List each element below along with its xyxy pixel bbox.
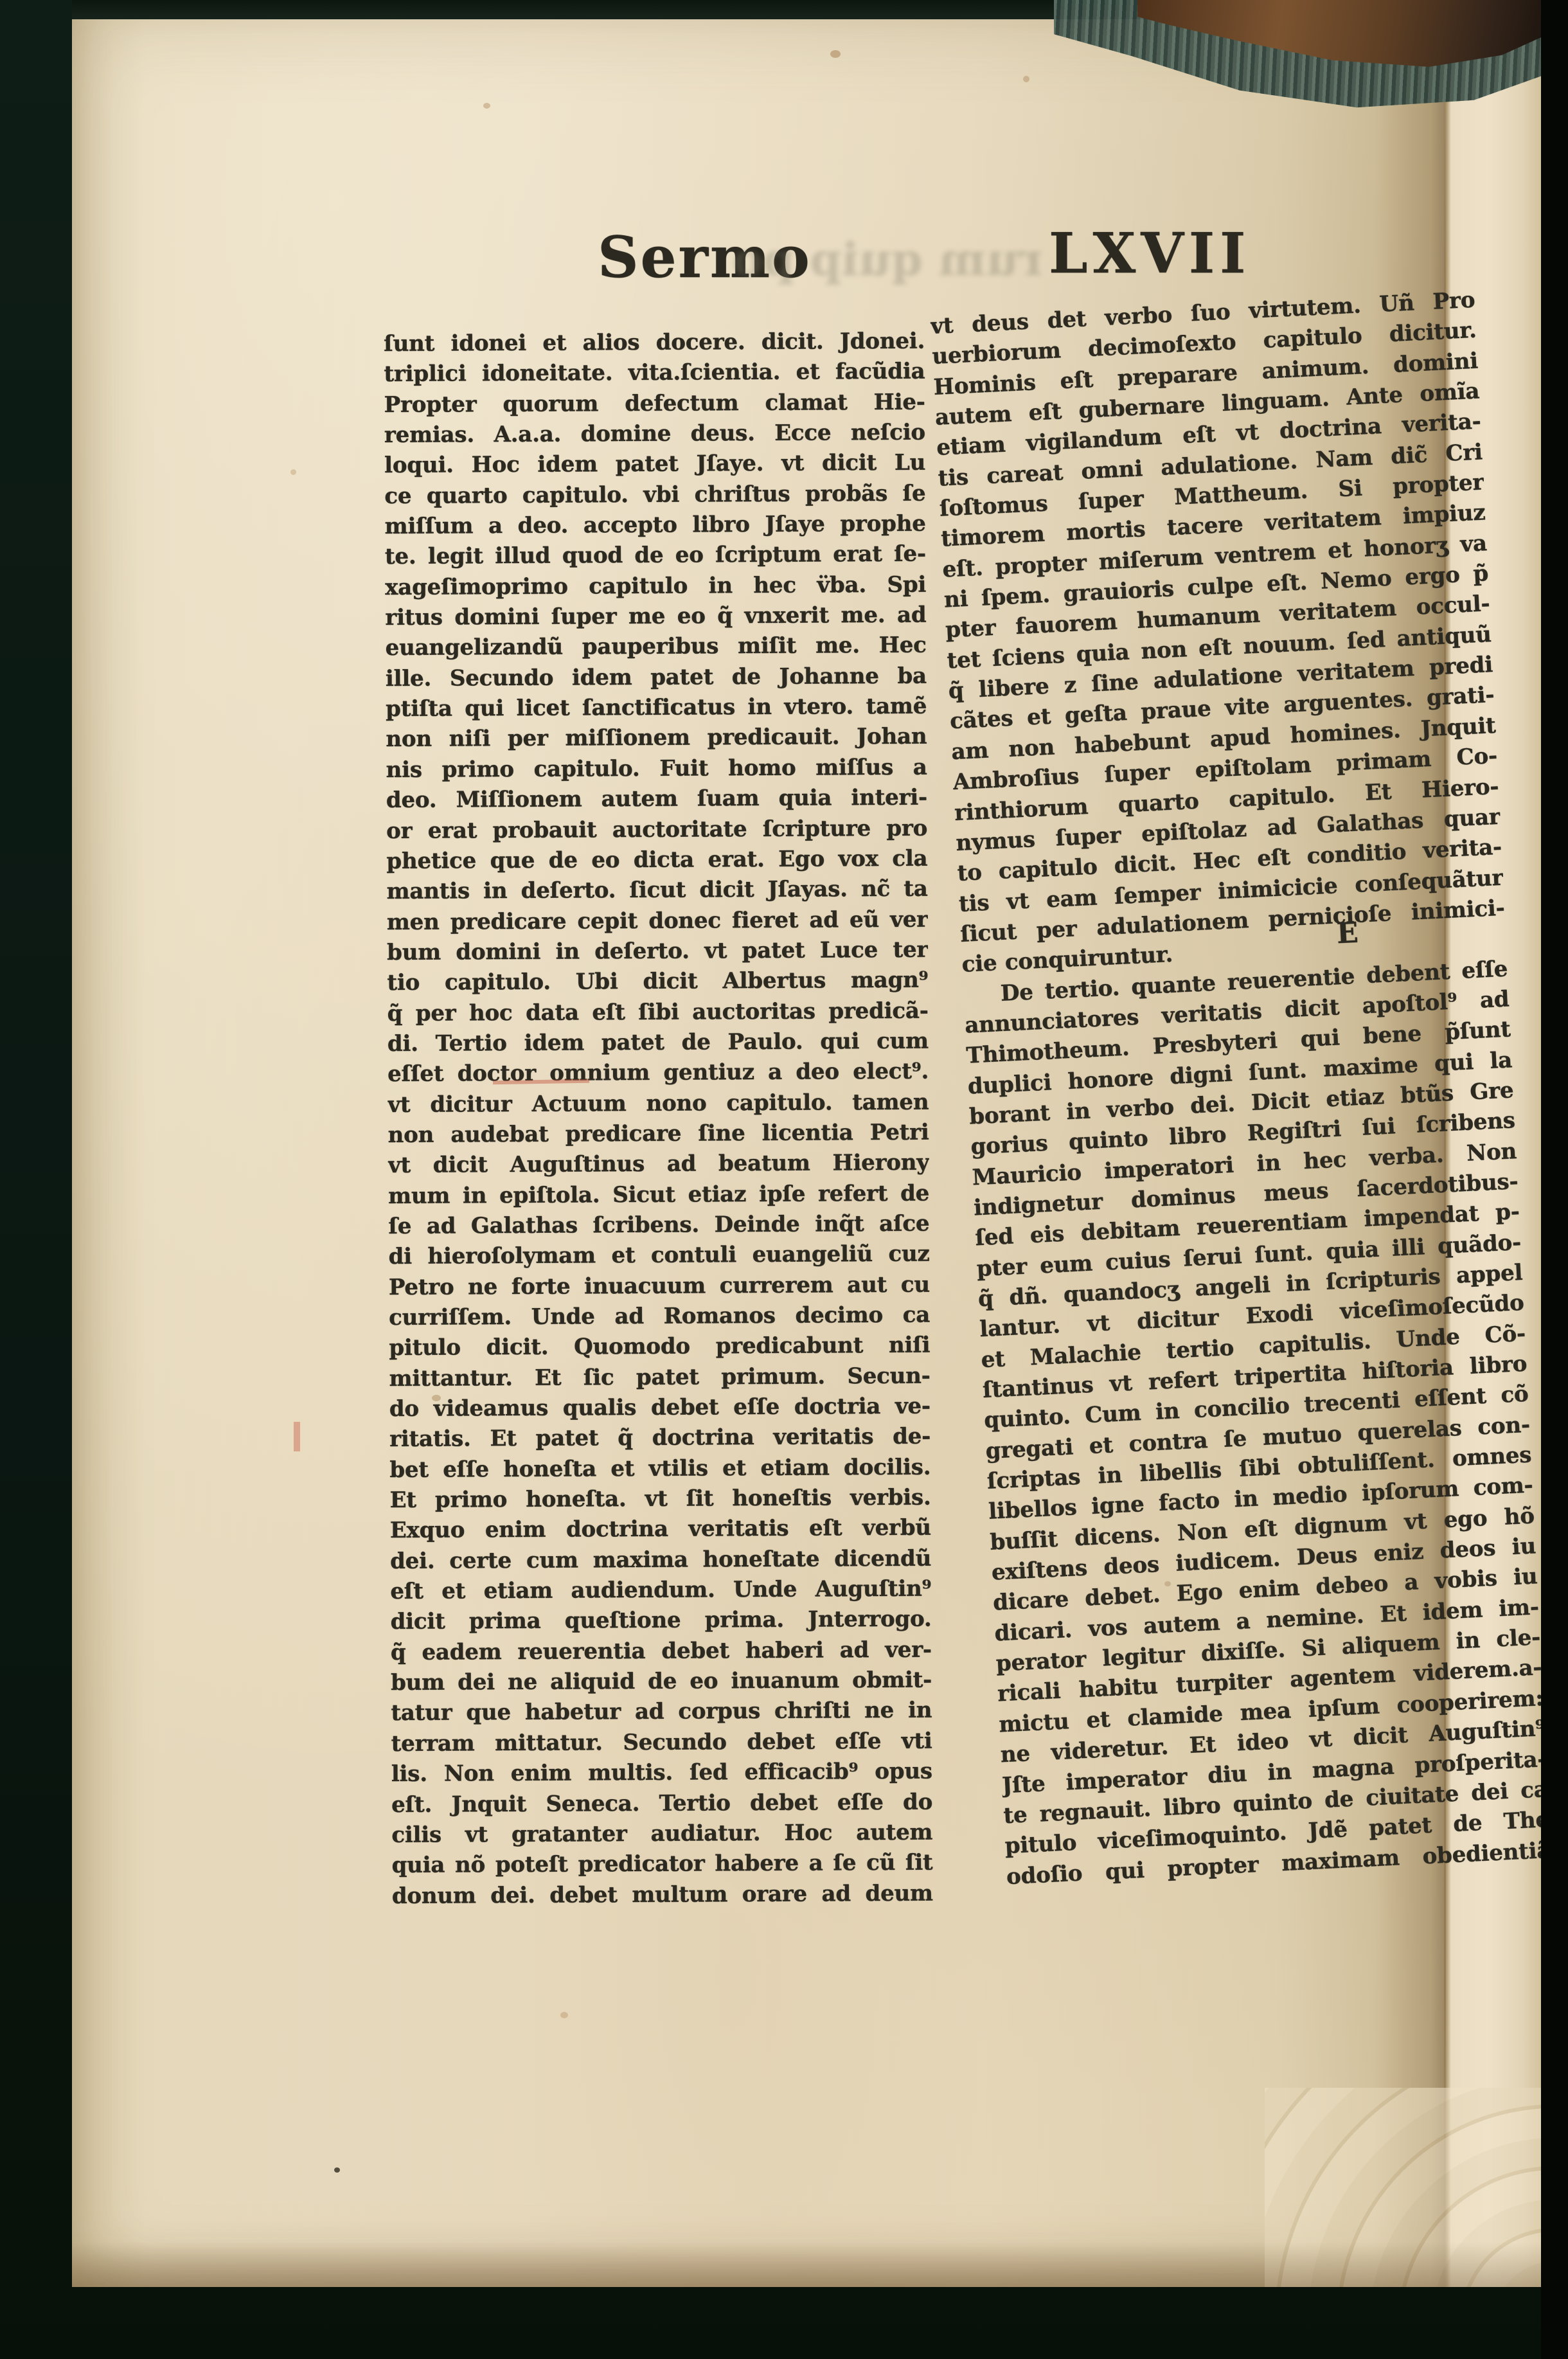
text-column-left: ſunt idonei et alios docere. dicit. Jdon… xyxy=(384,327,933,1912)
text-line: non niſi per miſſionem predicauit. Johan xyxy=(386,722,927,755)
text-line: tio capitulo. Ubi dicit Albertus magn⁹ xyxy=(387,965,928,999)
text-line: loqui. Hoc idem patet Jſaye. vt dicit Lu xyxy=(384,448,925,481)
scan-top-shadow xyxy=(72,0,1164,22)
paper-stain xyxy=(830,50,841,58)
text-column-right: E vt deus det verbo ſuo virtutem. Uñ Pro… xyxy=(930,285,1551,1892)
text-line: donum dei. debet multum orare ad deum xyxy=(392,1878,933,1912)
text-line: mittantur. Et ſic patet primum. Secun- xyxy=(389,1361,930,1394)
text-line: mantis in deſerto. ſicut dicit Jſayas. n… xyxy=(386,874,927,908)
text-line: Petro ne forte inuacuum currerem aut cu xyxy=(389,1269,930,1303)
text-line: te. legit illud quod de eo ſcriptum erat… xyxy=(385,539,926,573)
text-line: Exquo enim doctrina veritatis eſt verbũ xyxy=(390,1513,931,1547)
text-line: lis. Non enim multis. ſed efficacib⁹ opu… xyxy=(391,1757,932,1790)
paper-stain xyxy=(560,2012,568,2018)
text-line: men predicare cepit donec fieret ad eũ v… xyxy=(387,904,928,938)
text-line: vt dicit Auguſtinus ad beatum Hierony xyxy=(388,1148,929,1181)
text-line: di hieroſolymam et contuli euangeliũ cuz xyxy=(388,1239,929,1273)
text-line: ritatis. Et patet q̃ doctrina veritatis … xyxy=(389,1422,931,1455)
text-line: vt dicitur Actuum nono capitulo. tamen xyxy=(388,1087,929,1120)
text-line: quia nõ poteſt predicator habere a ſe cũ… xyxy=(391,1848,932,1881)
paper-stain xyxy=(432,1395,441,1401)
text-line: phetice que de eo dicta erat. Ego vox cl… xyxy=(386,843,927,877)
text-line: Propter quorum defectum clamat Hie- xyxy=(384,387,925,420)
text-line: eſt et etiam audiendum. Unde Auguſtin⁹ xyxy=(390,1574,931,1608)
text-line: ſe ad Galathas ſcribens. Deinde inq̃t aſ… xyxy=(388,1209,929,1242)
signature-letter: E xyxy=(1336,917,1359,951)
text-line: miſſum a deo. accepto libro Jſaye prophe xyxy=(384,509,925,543)
text-line: or erat probauit auctoritate ſcripture p… xyxy=(386,813,927,847)
text-line: do videamus qualis debet eſſe doctria ve… xyxy=(389,1392,931,1425)
text-line: remias. A.a.a. domine deus. Ecce neſcio xyxy=(384,418,925,451)
text-line: bet eſſe honeſta et vtilis et etiam doci… xyxy=(389,1452,931,1485)
ink-speck xyxy=(334,2167,340,2173)
text-line: eſſet doctor omnium gentiuz a deo elect⁹… xyxy=(388,1057,929,1090)
text-line: euangelizandũ pauperibus miſit me. Hec xyxy=(385,631,926,664)
text-line: ille. Secundo idem patet de Johanne ba xyxy=(386,661,927,694)
rubrication-mark xyxy=(294,1422,300,1451)
book-page: Sermo rum quip po LXVII ſunt idonei et a… xyxy=(72,19,1541,2287)
text-line: xageſimoprimo capitulo in hec v̈ba. Spi xyxy=(385,570,926,603)
scan-background: Sermo rum quip po LXVII ſunt idonei et a… xyxy=(0,0,1568,2359)
text-line: dicit prima queſtione prima. Jnterrogo. xyxy=(390,1604,931,1638)
text-line: bum domini in deſerto. vt patet Luce ter xyxy=(387,935,928,968)
text-line: q̃ per hoc data eſt ſibi auctoritas pred… xyxy=(387,996,928,1029)
text-line: q̃ eadem reuerentia debet haberi ad ver- xyxy=(391,1635,932,1668)
text-line: ſunt idonei et alios docere. dicit. Jdon… xyxy=(384,327,925,360)
text-line: ptiſta qui licet ſanctificatus in vtero.… xyxy=(386,692,927,725)
text-line: nis primo capitulo. Fuit homo miſſus a xyxy=(386,752,927,785)
text-line: Et primo honeſta. vt ſit honeſtis verbis… xyxy=(389,1483,931,1516)
paper-stain xyxy=(290,469,296,475)
text-line: bum dei ne aliquid de eo inuanum obmit- xyxy=(391,1665,932,1699)
text-line: eſt. Jnquit Seneca. Tertio debet eſſe do xyxy=(391,1787,932,1820)
text-line: di. Tertio idem patet de Paulo. qui cum xyxy=(388,1026,929,1059)
text-line: triplici idoneitate. vita.ſcientia. et f… xyxy=(384,357,925,390)
paper-stain xyxy=(483,103,490,109)
text-line: terram mittatur. Secundo debet eſſe vti xyxy=(391,1726,932,1759)
text-line: tatur que habetur ad corpus chriſti ne i… xyxy=(391,1696,932,1729)
text-line: non audebat predicare ſine licentia Petr… xyxy=(388,1118,929,1151)
page-bottom-shadow xyxy=(72,2242,1541,2287)
text-line: ce quarto capitulo. vbi chriſtus probãs … xyxy=(384,478,925,512)
text-line: deo. Miſſionem autem ſuam quia interi- xyxy=(386,783,927,816)
folio-number: LXVII xyxy=(1049,221,1251,286)
text-line: pitulo dicit. Quomodo predicabunt niſi xyxy=(389,1331,930,1364)
text-line: dei. certe cum maxima honeſtate dicendũ xyxy=(390,1543,931,1577)
scan-right-shadow xyxy=(1541,0,1568,2359)
text-line: curriſſem. Unde ad Romanos decimo ca xyxy=(389,1300,930,1334)
showthrough-text: rum quip po xyxy=(740,233,1042,286)
paper-stain xyxy=(1023,76,1029,82)
text-line: ritus domini ſuper me eo q̃ vnxerit me. … xyxy=(385,600,926,634)
text-line: cilis vt gratanter audiatur. Hoc autem xyxy=(391,1817,932,1851)
paper-stain xyxy=(1164,1581,1171,1586)
text-line: mum in epiſtola. Sicut etiaz ipſe refert… xyxy=(388,1178,929,1212)
